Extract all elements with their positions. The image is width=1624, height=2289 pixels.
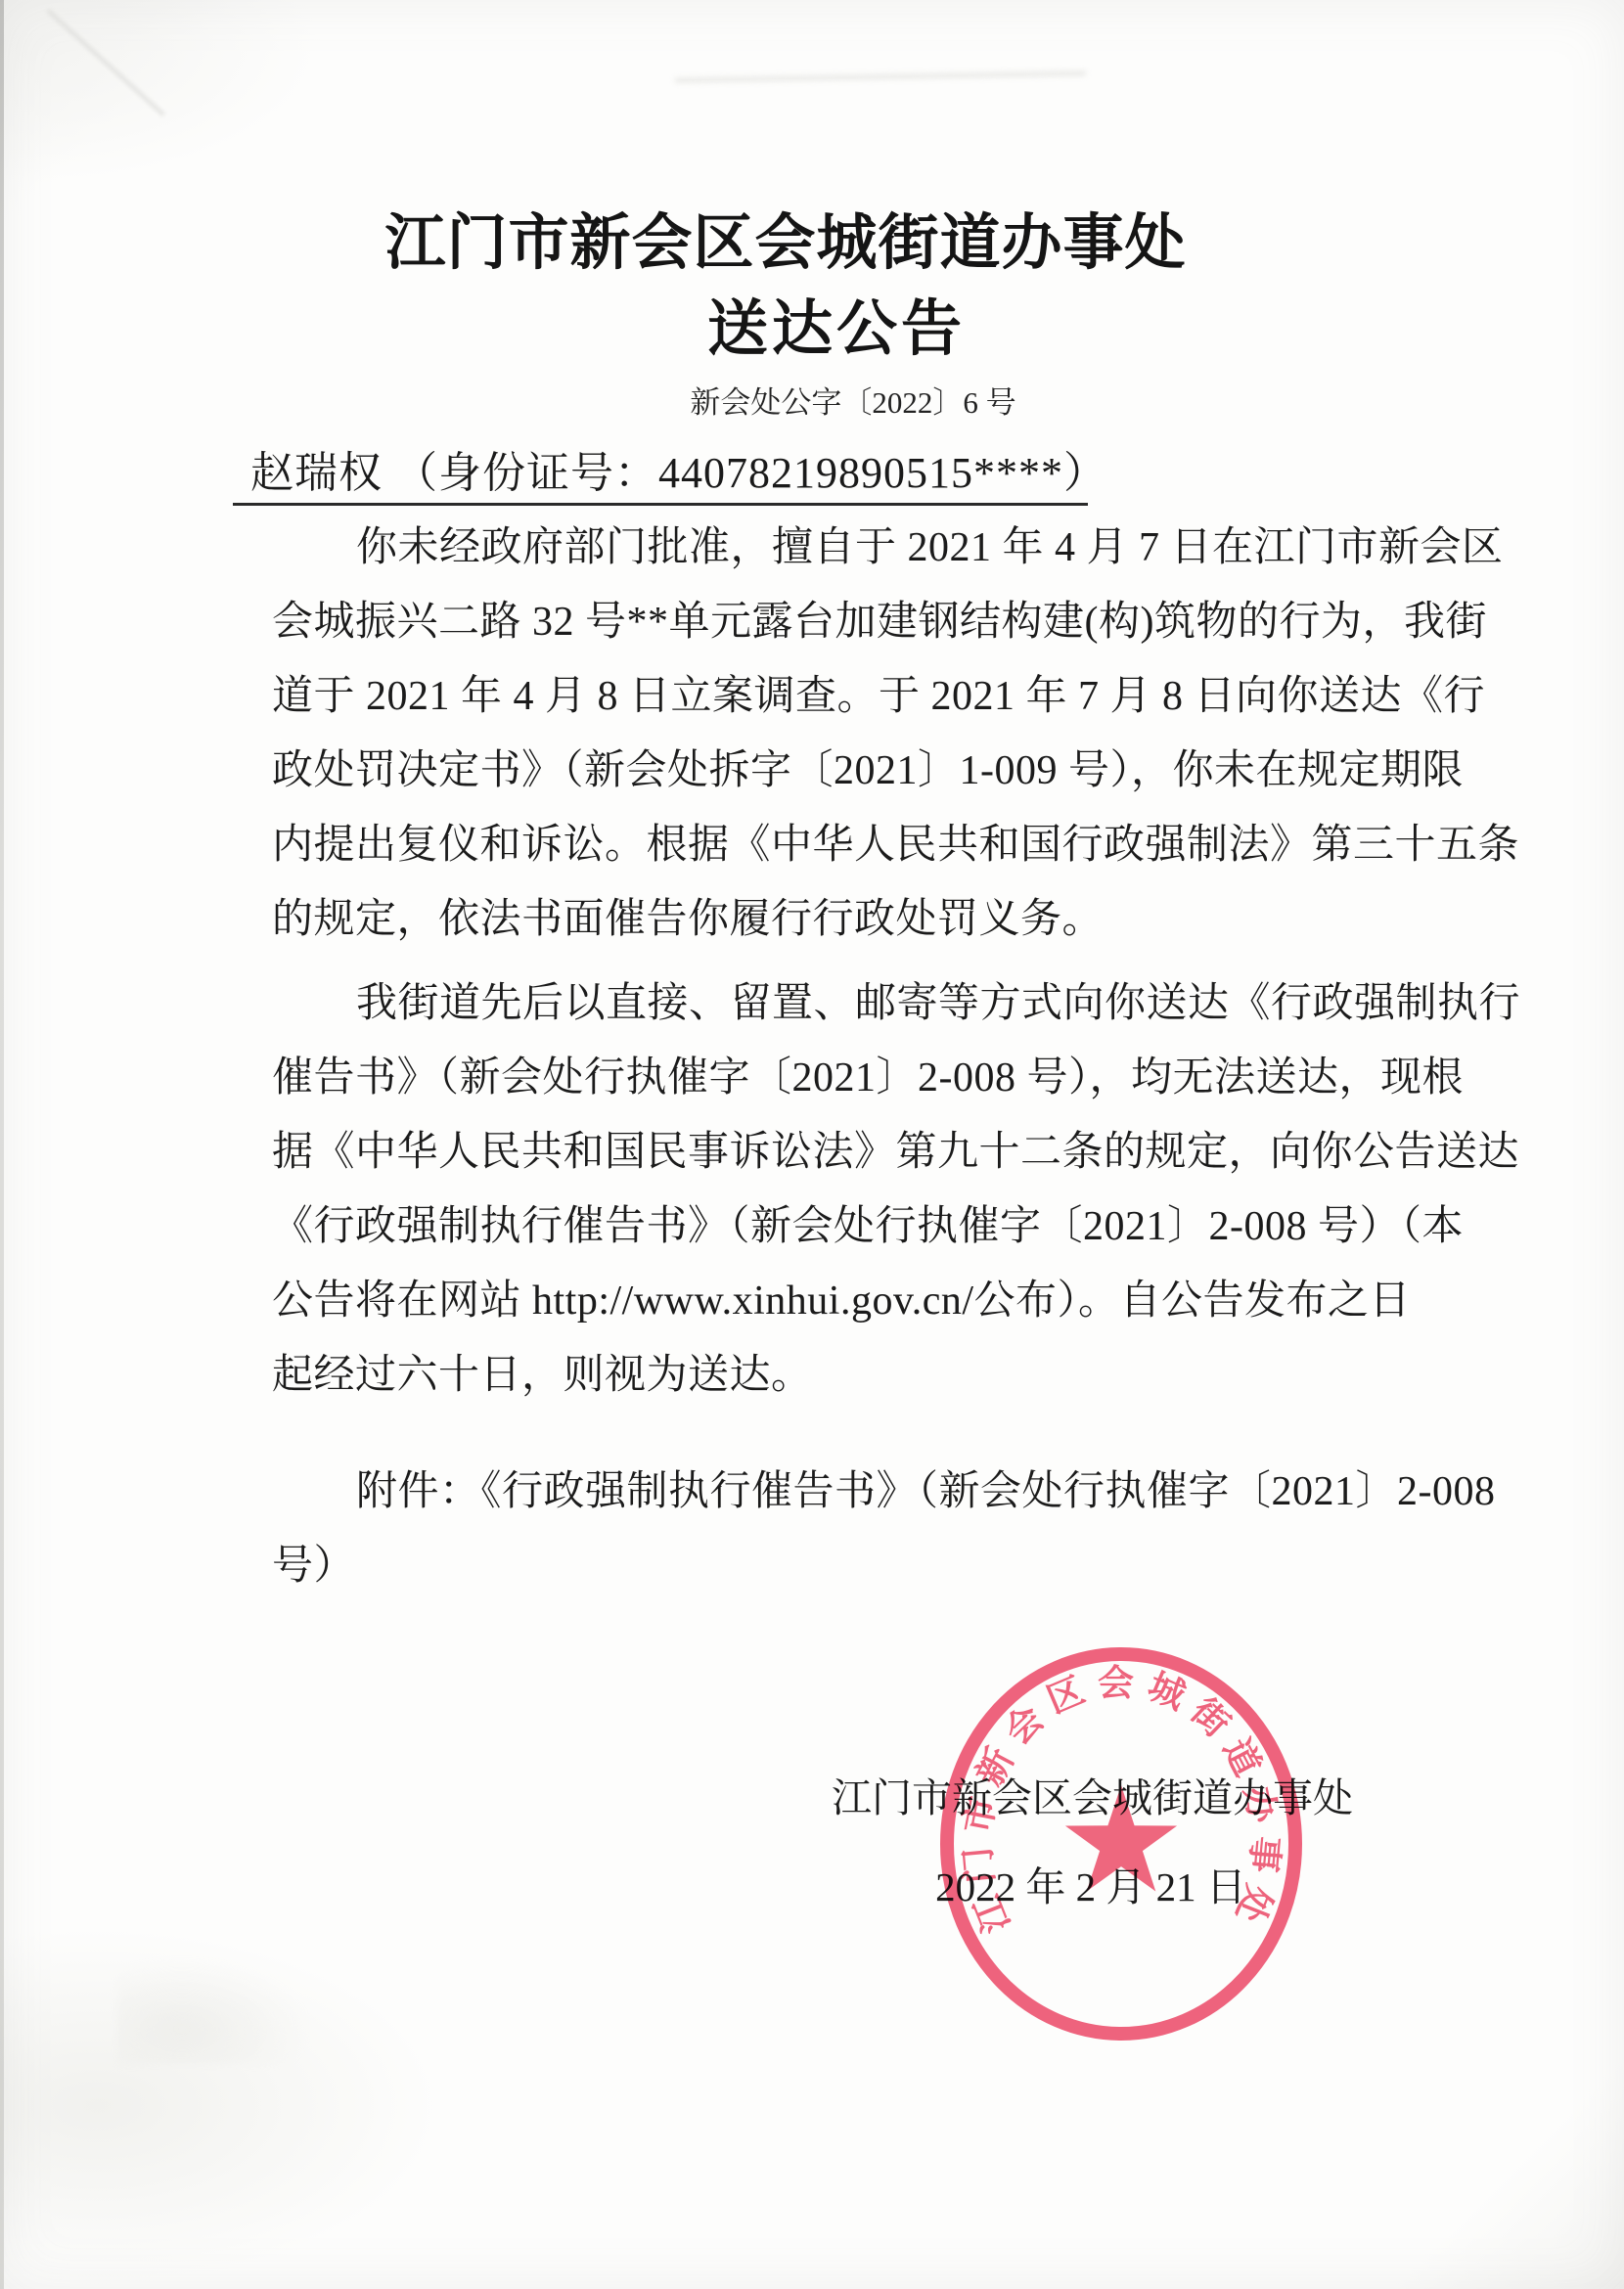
scan-smudge-top-left [46,9,165,116]
body-line: 《行政强制执行催告书》（新会处行执催字〔2021〕2-008 号）（本 [272,1189,1436,1264]
attachment-line-1: 附件：《行政强制执行催告书》（新会处行执催字〔2021〕2-008 [272,1455,1436,1529]
attachment-line-2: 号） [272,1529,1436,1603]
scan-smudge-top-center [675,70,1086,82]
body-line: 起经过六十日，则视为送达。 [272,1338,1436,1413]
scan-smudge-bottom-left [117,1947,333,2064]
scan-left-edge-shadow [0,0,4,2289]
body-line: 催告书》（新会处行执催字〔2021〕2-008 号），均无法送达，现根 [272,1041,1436,1115]
body-line: 会城振兴二路 32 号**单元露台加建钢结构建(构)筑物的行为，我街 [272,585,1436,659]
addressee-line: 赵瑞权 （身份证号：44078219890515****） [250,448,1107,500]
doc-number: 新会处公字〔2022〕6 号 [82,383,1624,423]
official-seal: 江门市新会区会城街道办事处 [916,1619,1327,2069]
body-line: 道于 2021 年 4 月 8 日立案调查。于 2021 年 7 月 8 日向你… [272,659,1436,734]
scanned-notice-page: 江门市新会区会城街道办事处 送达公告 新会处公字〔2022〕6 号 赵瑞权 （身… [0,0,1624,2289]
body-line: 的规定，依法书面催告你履行行政处罚义务。 [272,882,1436,957]
body-line: 政处罚决定书》（新会处拆字〔2021〕1-009 号），你未在规定期限 [272,734,1436,808]
body-line: 内提出复仪和诉讼。根据《中华人民共和国行政强制法》第三十五条 [272,808,1436,882]
body-line: 公告将在网站 http://www.xinhui.gov.cn/公布）。自公告发… [272,1264,1436,1338]
notice-title-line2: 送达公告 [49,294,1624,364]
body-line: 据《中华人民共和国民事诉讼法》第九十二条的规定，向你公告送达 [272,1115,1436,1189]
body-line: 你未经政府部门批准，擅自于 2021 年 4 月 7 日在江门市新会区 [272,511,1436,585]
notice-title-line1: 江门市新会区会城街道办事处 [0,208,1571,278]
red-star-icon [1065,1785,1177,1892]
addressee-underline [233,503,1088,506]
body-line: 我街道先后以直接、留置、邮寄等方式向你送达《行政强制执行 [272,966,1436,1041]
